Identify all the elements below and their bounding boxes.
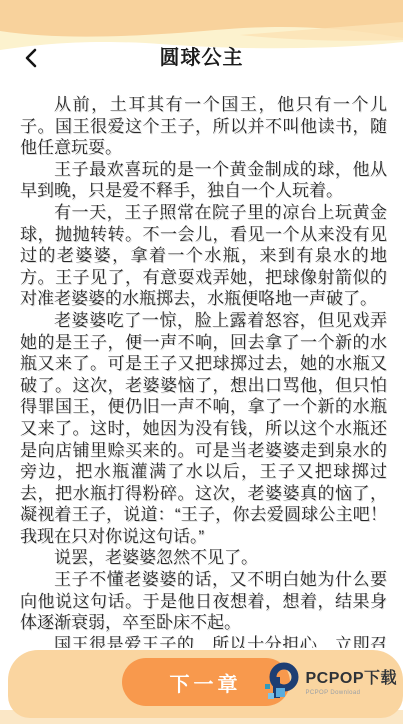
- paragraph: 有一天，王子照常在院子里的凉台上玩黄金球，抛抛转转。不一会儿，看见一个从来没有见…: [20, 202, 387, 310]
- brand-text: PCPOP下载 PCPOP Download: [305, 671, 397, 696]
- paragraph: 老婆婆吃了一惊，脸上露着怒容，但见戏弄她的是王子，便一声不响，回去拿了一个新的水…: [20, 310, 387, 548]
- pcpop-brand-badge[interactable]: PCPOP下载 PCPOP Download: [262, 662, 397, 704]
- story-text: 从前，土耳其有一个国王，他只有一个儿子。国王很爱这个王子，所以并不叫他读书，随他…: [20, 94, 387, 648]
- bottom-panel: 下一章 PCPOP下载 PCPOP Download: [8, 650, 403, 718]
- brand-name: PCPOP下载: [305, 671, 397, 687]
- page-title: 圆球公主: [0, 42, 403, 74]
- paragraph: 说罢，老婆婆忽然不见了。: [20, 547, 387, 569]
- paragraph: 王子最欢喜玩的是一个黄金制成的球，他从早到晚，只是爱不释手，独自一个人玩着。: [20, 159, 387, 202]
- paragraph: 王子不懂老婆婆的话，又不明白她为什么要向他说这句话。于是他日夜想着，想着，结果身…: [20, 569, 387, 634]
- back-button[interactable]: [14, 42, 48, 74]
- paragraph: 从前，土耳其有一个国王，他只有一个儿子。国王很爱这个王子，所以并不叫他读书，随他…: [20, 94, 387, 159]
- chevron-left-icon: [24, 48, 38, 68]
- paragraph: 国王很是爱王子的，所以十分担心，立即召集国内有名的医生和学者来给王子诊治，可是他: [20, 634, 387, 648]
- top-bar: 圆球公主: [0, 42, 403, 74]
- pcpop-logo-icon: [262, 662, 302, 704]
- brand-subtitle: PCPOP Download: [305, 690, 397, 696]
- reader-screen: 圆球公主 从前，土耳其有一个国王，他只有一个儿子。国王很爱这个王子，所以并不叫他…: [0, 0, 403, 724]
